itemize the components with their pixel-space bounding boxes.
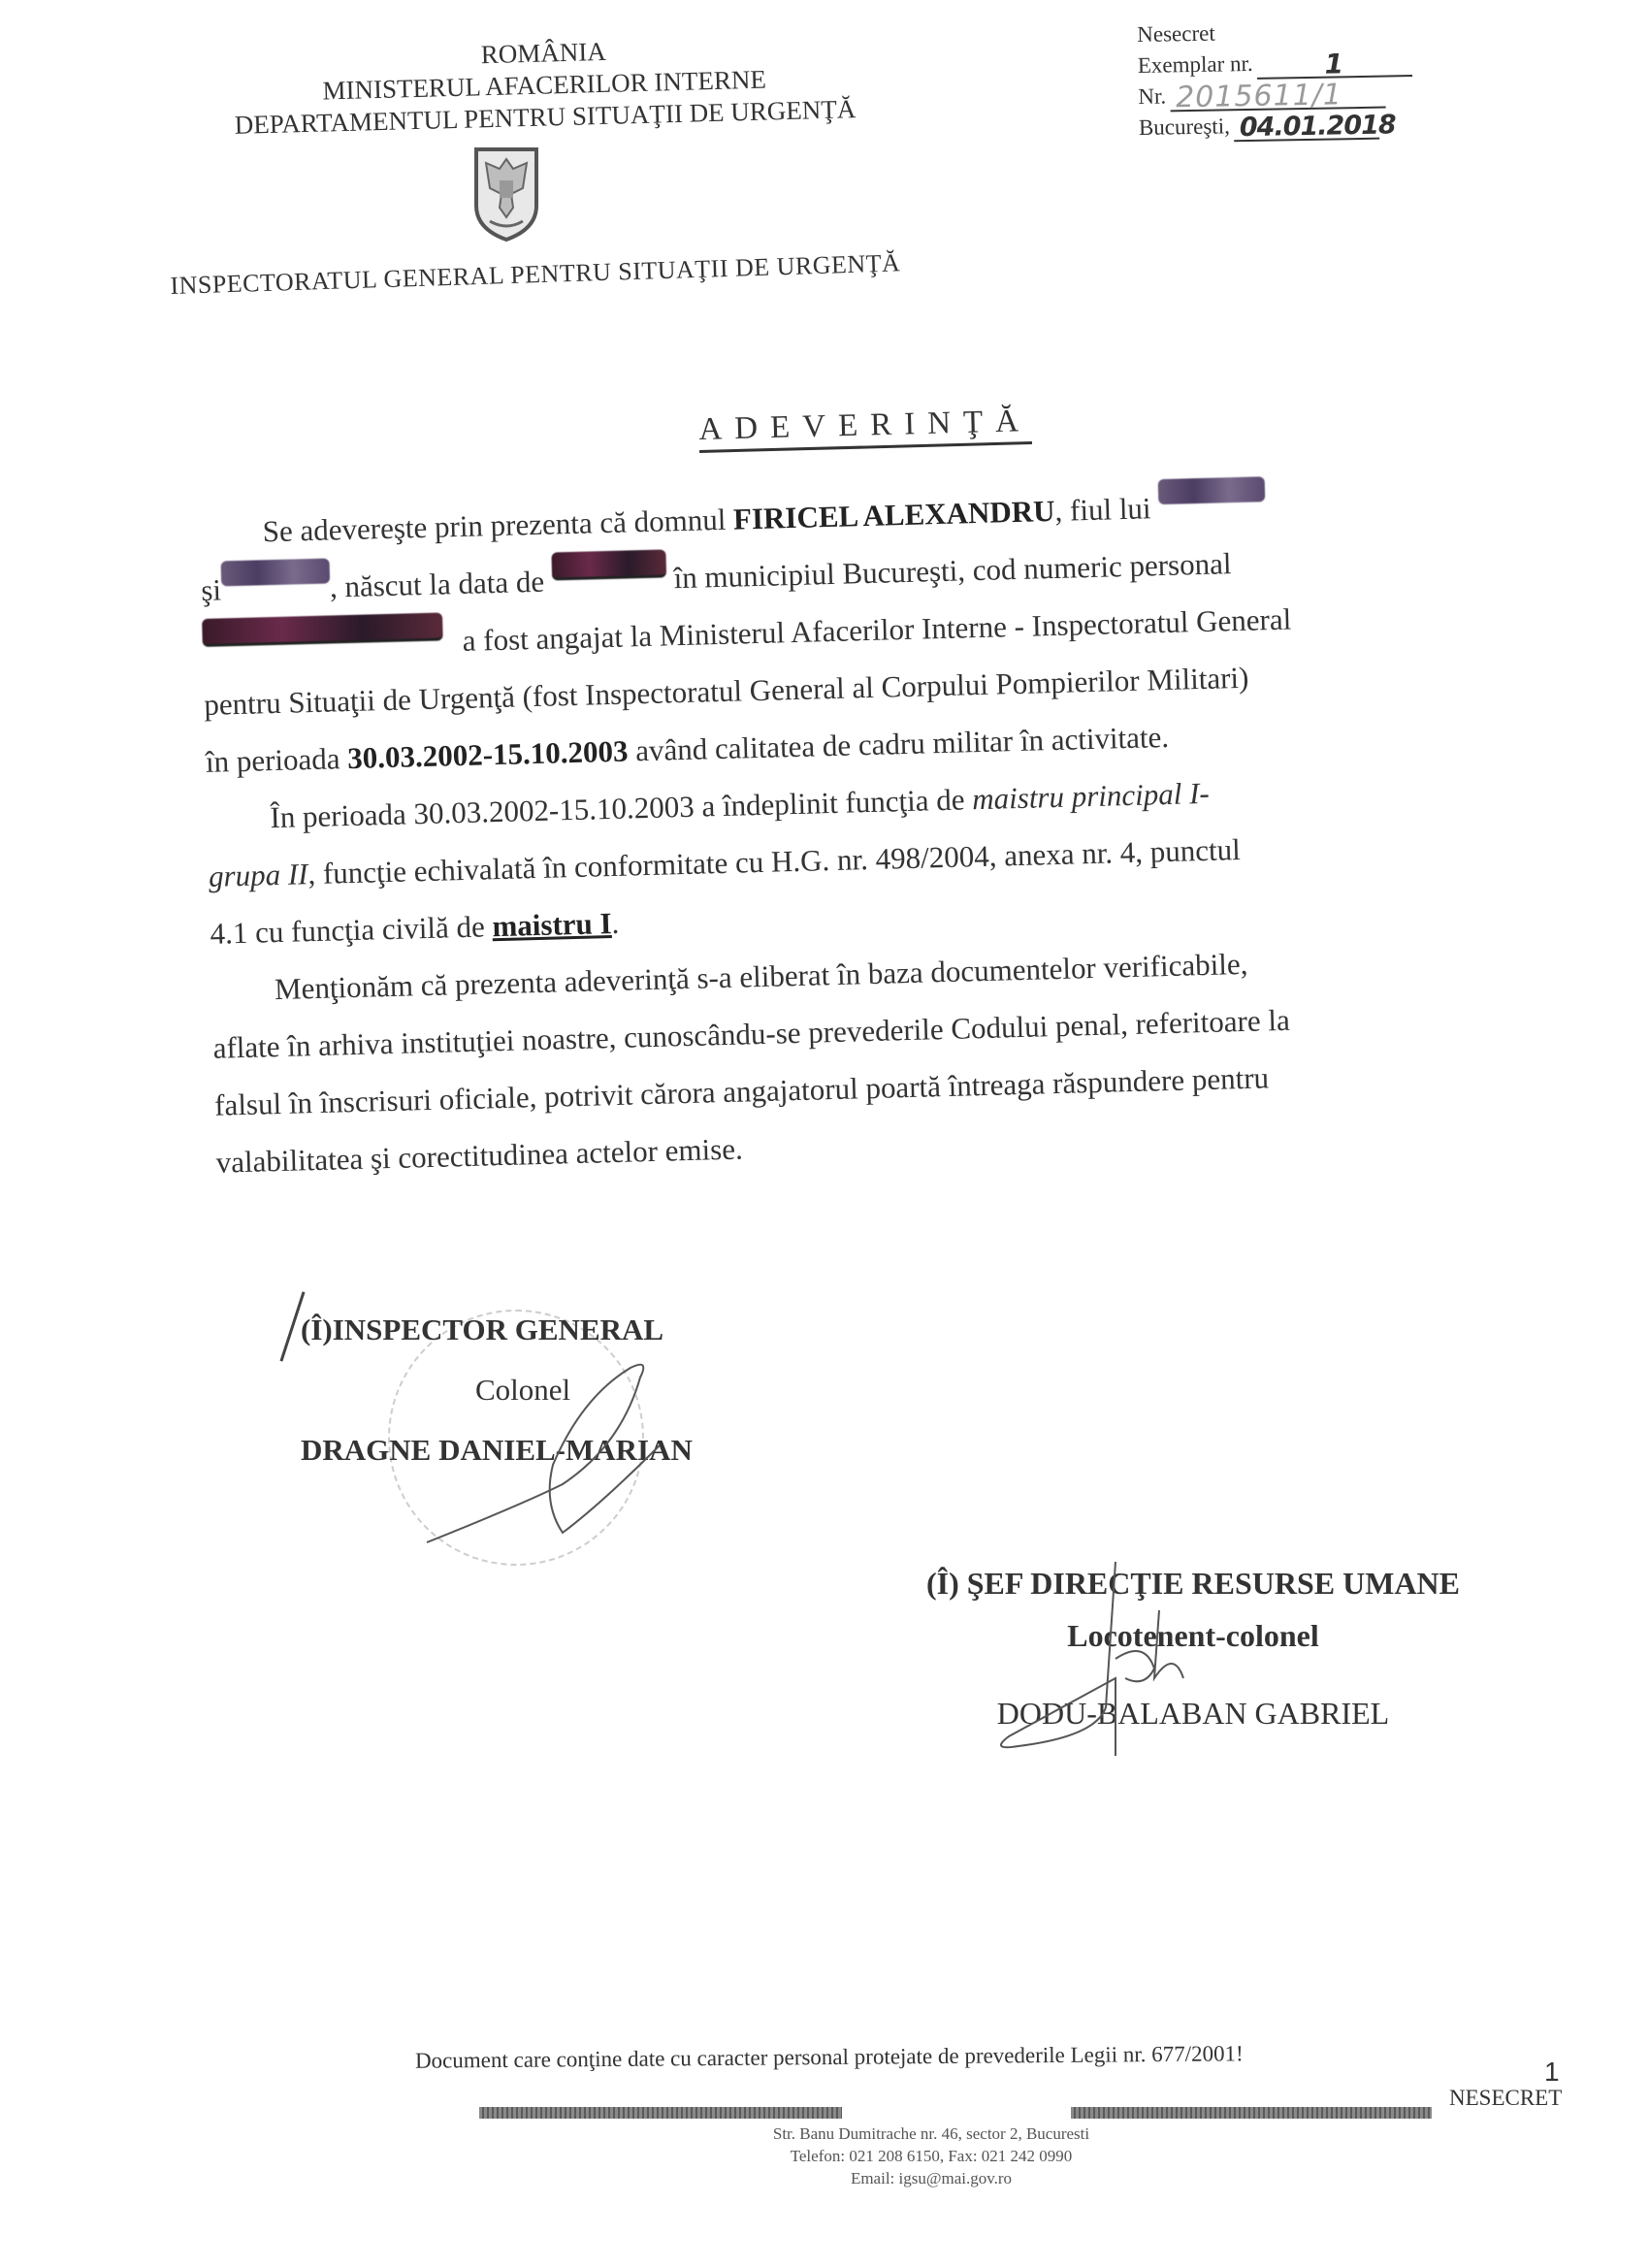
classification-label: Nesecret [1137,15,1411,50]
address: Str. Banu Dumitrache nr. 46, sector 2, B… [679,2122,1183,2145]
phone-fax: Telefon: 021 208 6150, Fax: 021 242 0990 [679,2145,1183,2167]
coat-of-arms-icon [472,146,540,243]
footer-divider [479,2107,842,2119]
copy-number-handwritten: 1 [1324,49,1343,80]
date-handwritten: 04.01.2018 [1240,110,1396,144]
contact-info: Str. Banu Dumitrache nr. 46, sector 2, B… [679,2122,1183,2189]
redacted-personal-code: 1800908410014 [202,612,443,646]
certificate-body: Se adevereşte prin prezenta că domnul FI… [199,469,1594,1191]
page-number: 1 [1544,2057,1560,2088]
civil-function: maistru I [492,894,613,955]
military-function: maistru principal I- [971,764,1210,827]
footer-divider [1071,2107,1432,2119]
inspectorate-name: INSPECTORATUL GENERAL PENTRU SITUAŢII DE… [170,248,901,301]
handwritten-signature-icon [407,1339,698,1552]
registry-number-handwritten: 2015611/1 [1176,80,1342,113]
issuer-header: ROMÂNIA MINISTERUL AFACERILOR INTERNE DE… [194,28,894,143]
copy-label: Exemplar nr. [1138,49,1253,81]
registry-block: Nesecret Exemplar nr. 1 Nr. 2015611/1 Bu… [1137,15,1413,144]
redacted-birthdate: 08.09.1980 [551,549,666,580]
place-label: Bucureşti, [1139,111,1230,144]
number-label: Nr. [1138,81,1166,112]
employee-name: FIRICEL ALEXANDRU [732,482,1055,548]
handwritten-signature-icon [980,1552,1212,1766]
redacted-father-name: Margarit [1157,476,1265,504]
employment-period: 30.03.2002-15.10.2003 [346,723,629,788]
redacted-mother-name: Constanța [220,559,330,587]
footer-classification: NESECRET [1449,2086,1562,2111]
personal-data-notice: Document care conţine date cu caracter p… [415,2041,1244,2073]
document-title: ADEVERINŢĂ [698,404,1032,453]
email: Email: igsu@mai.gov.ro [679,2167,1183,2189]
